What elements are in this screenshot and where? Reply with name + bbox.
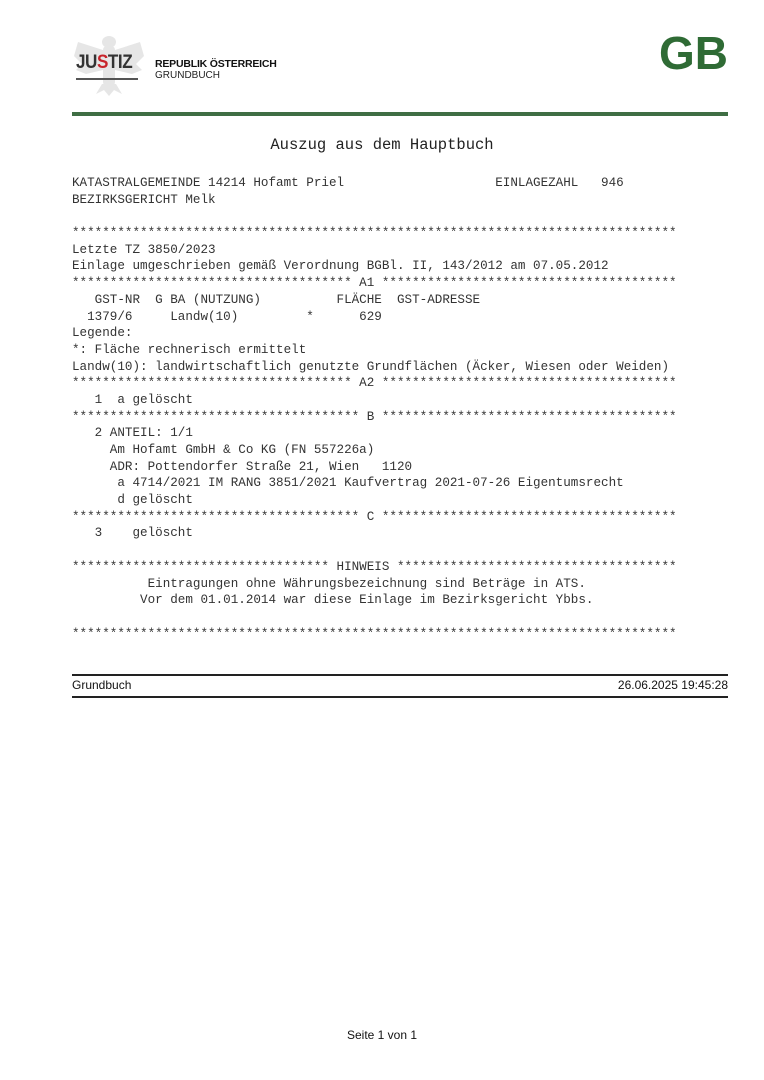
document-line: Landw(10): landwirtschaftlich genutzte G… [72, 359, 677, 376]
footer-top-rule [72, 674, 728, 676]
document-line: 1 a gelöscht [72, 392, 677, 409]
footer-bottom-rule [72, 696, 728, 698]
document-line [72, 208, 677, 225]
footer-timestamp: 26.06.2025 19:45:28 [618, 678, 728, 692]
footer: Grundbuch 26.06.2025 19:45:28 [72, 678, 728, 692]
document-line: ****************************************… [72, 225, 677, 242]
document-line: Eintragungen ohne Währungsbezeichnung si… [72, 576, 677, 593]
document-title: Auszug aus dem Hauptbuch [0, 136, 764, 154]
org-line-2: GRUNDBUCH [155, 70, 277, 82]
document-line: Letzte TZ 3850/2023 [72, 242, 677, 259]
document-line: KATASTRALGEMEINDE 14214 Hofamt Priel EIN… [72, 175, 677, 192]
document-line: Legende: [72, 325, 677, 342]
gb-badge: GB [659, 28, 728, 78]
org-line-1: REPUBLIK ÖSTERREICH [155, 58, 277, 70]
document-line: GST-NR G BA (NUTZUNG) FLÄCHE GST-ADRESSE [72, 292, 677, 309]
document-line: *: Fläche rechnerisch ermittelt [72, 342, 677, 359]
document-line: ********************************** HINWE… [72, 559, 677, 576]
document-line: BEZIRKSGERICHT Melk [72, 192, 677, 209]
document-line: ************************************* A1… [72, 275, 677, 292]
document-line: 2 ANTEIL: 1/1 [72, 425, 677, 442]
header-divider [72, 112, 728, 116]
organization-name: REPUBLIK ÖSTERREICH GRUNDBUCH [155, 58, 277, 82]
footer-source: Grundbuch [72, 678, 131, 692]
justiz-logo: JUSTIZ [72, 34, 146, 96]
document-line: d gelöscht [72, 492, 677, 509]
document-line [72, 542, 677, 559]
document-body: KATASTRALGEMEINDE 14214 Hofamt Priel EIN… [72, 175, 677, 642]
document-line: a 4714/2021 IM RANG 3851/2021 Kaufvertra… [72, 475, 677, 492]
logo-underline [76, 78, 138, 80]
document-line: ADR: Pottendorfer Straße 21, Wien 1120 [72, 459, 677, 476]
document-line: ************************************* A2… [72, 375, 677, 392]
document-line: Vor dem 01.01.2014 war diese Einlage im … [72, 592, 677, 609]
document-line: Am Hofamt GmbH & Co KG (FN 557226a) [72, 442, 677, 459]
justiz-wordmark: JUSTIZ [76, 52, 132, 74]
document-line: ************************************** B… [72, 409, 677, 426]
document-line: ************************************** C… [72, 509, 677, 526]
document-line: ****************************************… [72, 626, 677, 643]
document-line: 1379/6 Landw(10) * 629 [72, 309, 677, 326]
page-number: Seite 1 von 1 [0, 1028, 764, 1042]
document-line: 3 gelöscht [72, 525, 677, 542]
document-line [72, 609, 677, 626]
document-line: Einlage umgeschrieben gemäß Verordnung B… [72, 258, 677, 275]
